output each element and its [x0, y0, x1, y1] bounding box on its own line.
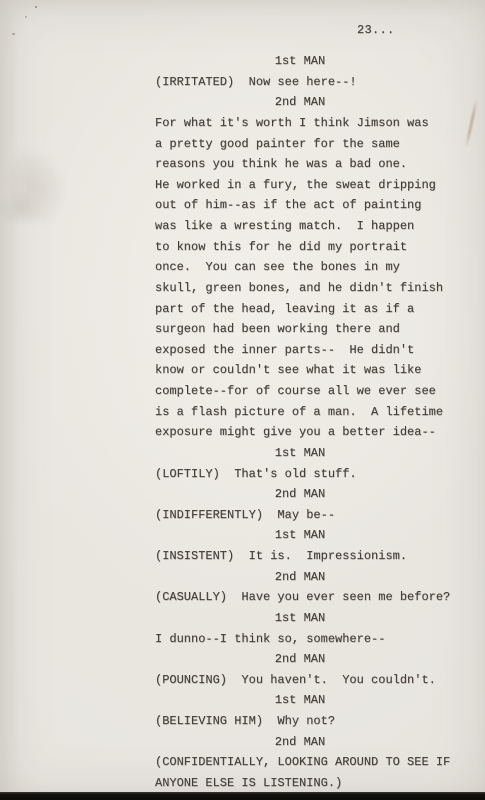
dialogue-line: ANYONE ELSE IS LISTENING.) — [155, 773, 445, 794]
dialogue-line: a pretty good painter for the same — [155, 134, 445, 155]
dialogue-line: He worked in a fury, the sweat dripping — [155, 175, 445, 196]
page-number: 23... — [357, 22, 395, 38]
rust-stain — [465, 98, 478, 148]
pencil-smudge — [0, 141, 75, 233]
character-name-line: 1st MAN — [155, 443, 445, 464]
dialogue-line: exposure might give you a better idea-- — [155, 422, 445, 443]
dialogue-line: (CASUALLY) Have you ever seen me before? — [155, 587, 445, 608]
dialogue-line: was like a wresting match. I happen — [155, 216, 445, 237]
character-name-line: 1st MAN — [155, 690, 445, 711]
dialogue-line: to know this for he did my portrait — [155, 237, 445, 258]
dialogue-line: skull, green bones, and he didn't finish — [155, 278, 445, 299]
scan-edge-bar — [0, 792, 485, 800]
dialogue-line: (CONFIDENTIALLY, LOOKING AROUND TO SEE I… — [155, 752, 445, 773]
dialogue-line: know or couldn't see what it was like — [155, 360, 445, 381]
dialogue-line: once. You can see the bones in my — [155, 257, 445, 278]
dialogue-line: part of the head, leaving it as if a — [155, 299, 445, 320]
dialogue-line: For what it's worth I think Jimson was — [155, 113, 445, 134]
dialogue-line: I dunno--I think so, somewhere-- — [155, 629, 445, 650]
character-name-line: 2nd MAN — [155, 567, 445, 588]
dialogue-line: out of him--as if the act of painting — [155, 195, 445, 216]
dialogue-line: complete--for of course all we ever see — [155, 381, 445, 402]
dialogue-line: surgeon had been working there and — [155, 319, 445, 340]
character-name-line: 1st MAN — [155, 525, 445, 546]
dialogue-line: (LOFTILY) That's old stuff. — [155, 464, 445, 485]
dialogue-line: is a flash picture of a man. A lifetime — [155, 402, 445, 423]
character-name-line: 2nd MAN — [155, 732, 445, 753]
character-name-line: 1st MAN — [155, 608, 445, 629]
paper-speck — [35, 6, 37, 8]
dialogue-line: (POUNCING) You haven't. You couldn't. — [155, 670, 445, 691]
dialogue-line: reasons you think he was a bad one. — [155, 154, 445, 175]
dialogue-line: (BELIEVING HIM) Why not? — [155, 711, 445, 732]
character-name-line: 1st MAN — [155, 51, 445, 72]
character-name-line: 2nd MAN — [155, 92, 445, 113]
script-page: 23... 1st MAN(IRRITATED) Now see here--!… — [0, 0, 485, 800]
dialogue-line: (INDIFFERENTLY) May be-- — [155, 505, 445, 526]
script-body: 1st MAN(IRRITATED) Now see here--!2nd MA… — [155, 51, 445, 794]
pencil-smudge — [0, 190, 44, 224]
dialogue-line: exposed the inner parts-- He didn't — [155, 340, 445, 361]
dialogue-line: (INSISTENT) It is. Impressionism. — [155, 546, 445, 567]
paper-speck — [12, 33, 15, 35]
character-name-line: 2nd MAN — [155, 649, 445, 670]
character-name-line: 2nd MAN — [155, 484, 445, 505]
paper-speck — [25, 16, 27, 18]
dialogue-line: (IRRITATED) Now see here--! — [155, 72, 445, 93]
